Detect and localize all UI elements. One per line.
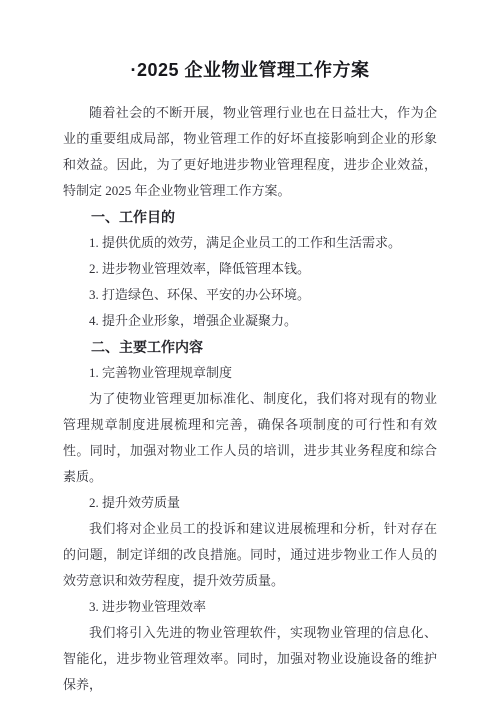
subsection-title-2: 2. 提升效劳质量 <box>63 490 437 516</box>
goal-item-3: 3. 打造绿色、环保、平安的办公环境。 <box>63 282 437 308</box>
intro-paragraph: 随着社会的不断开展，物业管理行业也在日益壮大，作为企业的重要组成局部，物业管理工… <box>63 100 437 204</box>
subsection-paragraph-1: 为了使物业管理更加标准化、制度化，我们将对现有的物业管理规章制度进展梳理和完善，… <box>63 386 437 490</box>
subsection-paragraph-2: 我们将对企业员工的投诉和建议进展梳理和分析，针对存在的问题，制定详细的改良措施。… <box>63 516 437 594</box>
subsection-title-1: 1. 完善物业管理规章制度 <box>63 360 437 386</box>
section-heading-1: 一、工作目的 <box>63 204 437 230</box>
goal-item-4: 4. 提升企业形象，增强企业凝聚力。 <box>63 308 437 334</box>
subsection-paragraph-3: 我们将引入先进的物业管理软件，实现物业管理的信息化、智能化，进步物业管理效率。同… <box>63 620 437 698</box>
section-heading-2: 二、主要工作内容 <box>63 334 437 360</box>
document-title: ·2025 企业物业管理工作方案 <box>63 56 437 84</box>
subsection-title-3: 3. 进步物业管理效率 <box>63 594 437 620</box>
goal-item-2: 2. 进步物业管理效率，降低管理本钱。 <box>63 256 437 282</box>
goal-item-1: 1. 提供优质的效劳，满足企业员工的工作和生活需求。 <box>63 230 437 256</box>
document-page: ·2025 企业物业管理工作方案 随着社会的不断开展，物业管理行业也在日益壮大，… <box>0 0 500 707</box>
